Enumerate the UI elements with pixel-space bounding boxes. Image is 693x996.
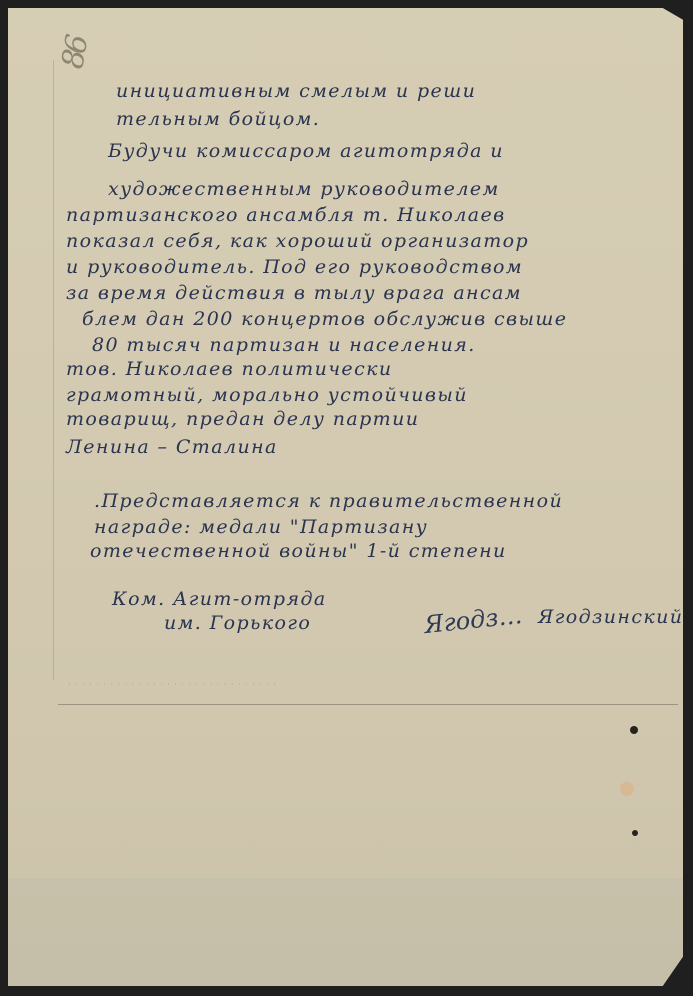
recommendation-line: отечественной войны" 1-й степени <box>90 540 507 562</box>
text-line: 80 тысяч партизан и населения. <box>92 334 476 356</box>
recommendation-line: .Представляется к правительственной <box>94 490 563 512</box>
recommendation-line: награде: медали "Партизану <box>94 516 428 538</box>
text-line: Ленина – Сталина <box>66 436 278 458</box>
text-line: грамотный, морально устойчивый <box>66 384 468 406</box>
signature-title-line1: Ком. Агит-отряда <box>112 588 327 610</box>
punch-hole <box>632 830 638 836</box>
faint-printed-text: · · · · · · · · · · · · · · · · · · · · … <box>68 680 277 689</box>
text-line: художественным руководителем <box>108 178 500 200</box>
archive-page-number: 86 <box>55 36 95 72</box>
signatory-name: Ягодзинский <box>538 606 683 628</box>
text-line: Будучи комиссаром агитотряда и <box>108 140 504 162</box>
paper-stain <box>620 782 634 796</box>
text-line: тов. Николаев политически <box>66 358 393 380</box>
text-line: товарищ, предан делу партии <box>66 408 419 430</box>
text-line: инициативным смелым и реши <box>116 80 476 102</box>
text-line: блем дан 200 концертов обслужив свыше <box>82 308 567 330</box>
text-line: показал себя, как хороший организатор <box>66 230 529 252</box>
text-line: партизанского ансамбля т. Николаев <box>66 204 506 226</box>
text-line: за время действия в тылу врага ансам <box>66 282 522 304</box>
document-page: 86 инициативным смелым и реши тельным бо… <box>8 8 683 986</box>
bottom-rule <box>58 704 678 705</box>
signature-title-line2: им. Горького <box>164 612 311 634</box>
text-line: и руководитель. Под его руководством <box>66 256 523 278</box>
margin-rule <box>53 60 54 680</box>
text-line: тельным бойцом. <box>116 108 320 130</box>
punch-hole <box>630 726 638 734</box>
handwritten-signature: Ягодз… <box>423 601 524 639</box>
